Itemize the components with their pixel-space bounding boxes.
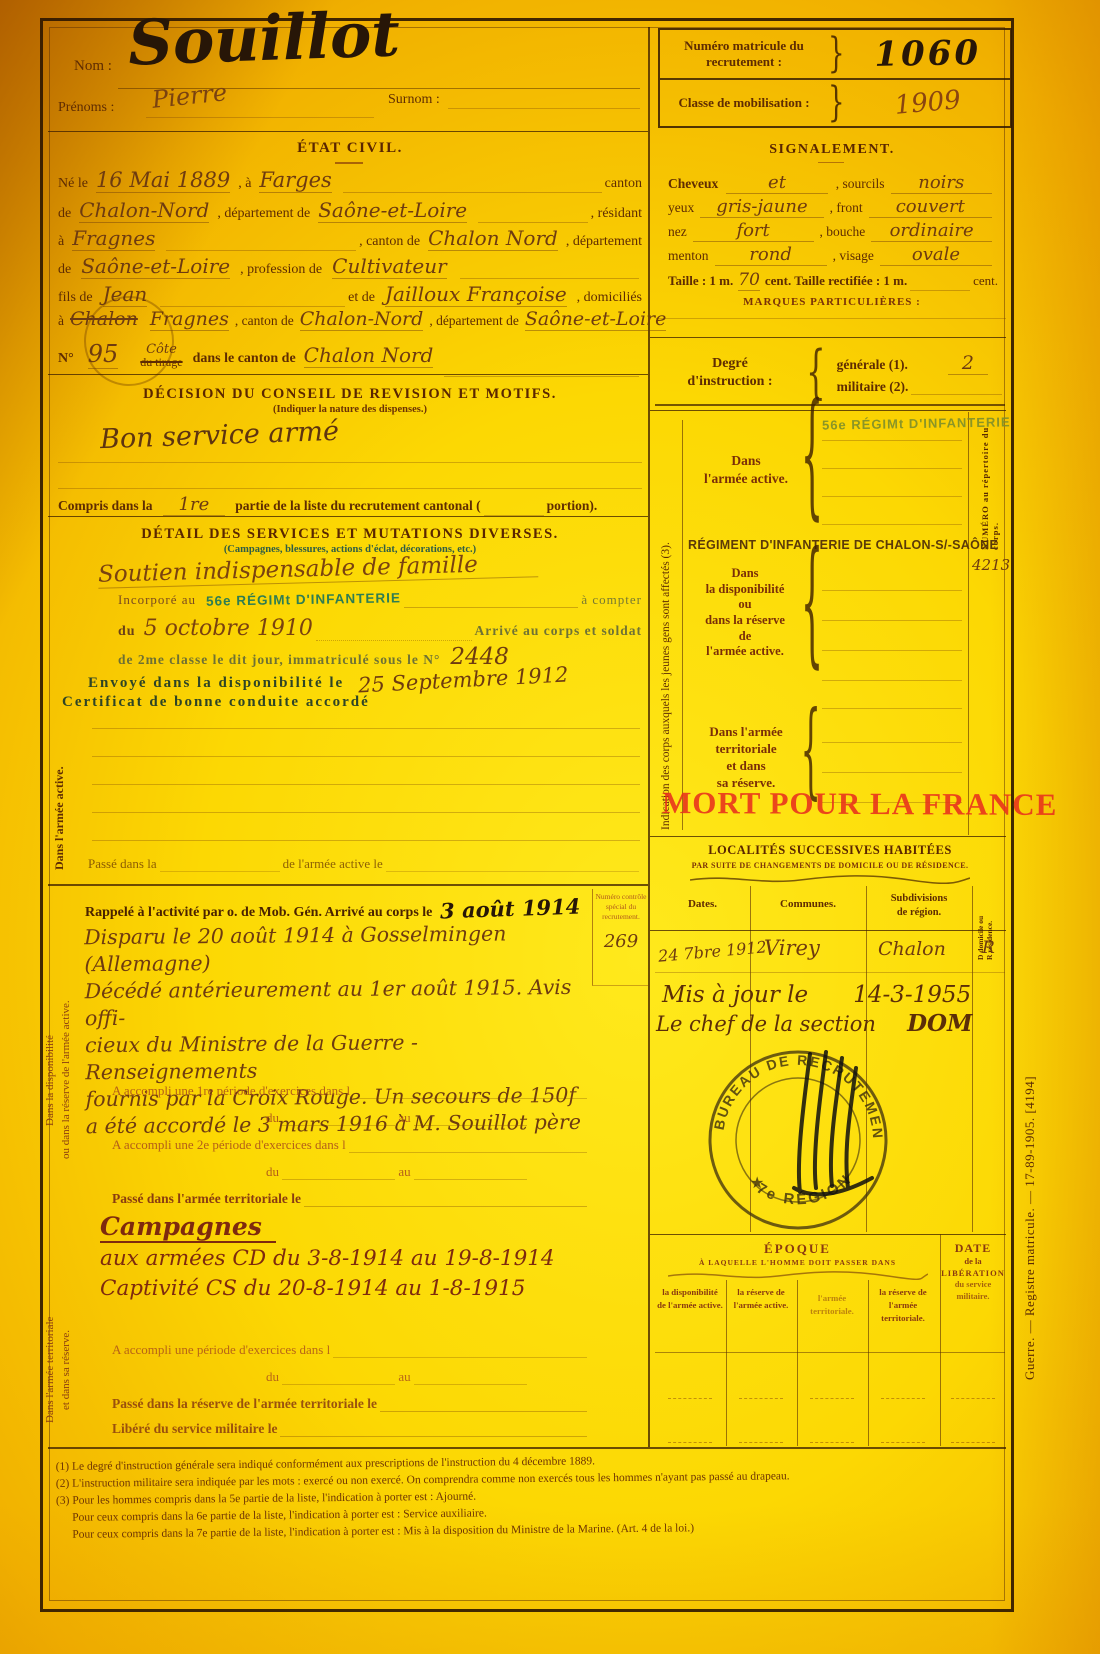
du-label: du [266,1369,279,1385]
localites-subtitle: PAR SUITE DE CHANGEMENTS DE DOMICILE OU … [655,861,1005,870]
rule-line [160,303,345,307]
rule-line [822,590,962,591]
bouche-value: ordinaire [871,220,992,242]
instruction-label-1: Degré [655,355,805,373]
cent-label: cent. [973,273,998,289]
profession-label: , profession de [240,262,322,278]
rule-line [92,784,640,785]
services-envoye-line: Envoyé dans la disponibilité le 25 Septe… [88,668,642,692]
menton-label: menton [668,248,709,264]
signalement-line-4: menton rond , visage ovale [668,244,998,266]
label-line: de [684,629,806,645]
rule-line [404,604,578,608]
rule-line [460,275,639,279]
label-line: et dans [688,758,804,775]
date-label-2: de la [940,1256,1006,1267]
rule-line [282,1381,395,1385]
incorpore-label: Incorporé au [118,592,196,608]
date-label-3: LIBÉRATION [940,1268,1006,1279]
corps-terr-label: Dans l'armée territoriale et dans sa rés… [688,724,804,792]
rule-line [478,219,588,223]
epoque-col1-header: la disponibilité de l'armée active. [657,1286,723,1312]
militaire-label: militaire (2). [837,379,909,395]
rule-line [304,1203,587,1207]
controle-num-value: 269 [593,931,649,952]
instruction-generale-row: générale (1). 2 [837,352,1005,375]
regiment-chalon-stamp: RÉGIMENT D'INFANTERIE DE CHALON-S/-SAÔNE [688,538,1010,552]
canton-label: , canton de [235,313,294,329]
corps-label-divider [682,420,683,830]
empty-cell-dash [739,1442,783,1443]
instruction-options: générale (1). 2 militaire (2). [827,352,1005,395]
taille-label: Taille : 1 m. [668,273,733,289]
resid-label: , résidant [591,206,642,222]
prenoms-label: Prénoms : [58,100,114,116]
services-incorpore-line: Incorporé au 56e RÉGIMt D'INFANTERIE à c… [118,592,642,608]
header-rule [655,1352,1005,1353]
du-au-line-2: du au [170,1164,530,1180]
hw-line: cieux du Ministre de la Guerre - Renseig… [85,1028,590,1086]
maj-signature: DOM [907,1010,972,1037]
matricule-row: Numéro matricule du recrutement : 1060 [660,30,1010,80]
taille-line: Taille : 1 m. 70 cent. Taille rectifiée … [668,270,998,291]
bureau-recrutement-stamp: BUREAU DE RECRUTEMENT 7e RÉGION ★ [698,1040,898,1240]
rule-line [58,488,642,489]
passe-armee-active-line: Passé dans la de l'armée active le [88,856,642,872]
du-au-line-1: du au [170,1110,530,1126]
yeux-label: yeux [668,200,694,216]
rule-line [160,868,280,872]
empty-cell-dash [951,1398,995,1399]
brace-decoration [798,430,826,481]
du-label: du [118,624,136,640]
maj-note-line-1: Mis à jour le 14-3-1955 [662,982,971,1008]
profession-value: Cultivateur [332,254,447,279]
rule-line [173,1382,263,1385]
numero-tirage-value: 95 [88,340,119,369]
arrive-corps-label: Arrivé au corps et soldat [475,623,642,639]
passe-territoriale-line: Passé dans l'armée territoriale le [112,1191,590,1207]
rule-line [280,1433,587,1437]
canton-value: Chalon-Nord [300,308,424,331]
terr-side-label-2: et dans sa réserve. [60,1250,72,1490]
label-line: Dans l'armée [688,724,804,741]
brace-decoration [798,728,823,774]
rule-line [316,637,472,641]
classe-row: Classe de mobilisation : 1909 [660,80,1010,126]
epoque-col-divider [726,1280,727,1446]
label-line: la disponibilité [684,582,806,598]
controle-box: Numéro contrôle spécial du recrutement. … [592,889,649,986]
rule-line [353,1095,587,1099]
epoque-subtitle: À LAQUELLE L'HOMME DOIT PASSER DANS [655,1258,940,1267]
section-rule [650,836,1006,837]
rappel-label: Rappelé à l'activité par o. de Mob. Gén.… [85,905,432,920]
campagne-line-1: aux armées CD du 3-8-1914 au 19-8-1914 [100,1246,555,1271]
libere-label: Libéré du service militaire le [112,1421,277,1437]
dept-label: , département de [429,313,519,329]
sourcils-label: , sourcils [836,176,885,192]
regiment-num-value: 4213 [972,556,1010,574]
squiggle-divider [668,1270,928,1280]
signalement-title: SIGNALEMENT. [658,142,1006,158]
cheveux-label: Cheveux [668,176,718,192]
mort-pour-la-france-stamp: MORT POUR LA FRANCE [662,785,1058,823]
de-label: de [58,206,71,222]
section-rule [48,516,648,517]
services-title: DÉTAIL DES SERVICES ET MUTATIONS DIVERSE… [60,526,640,543]
empty-cell-dash [881,1442,925,1443]
etde-label: et de [348,290,375,306]
epoque-col2-header: la réserve de l'armée active. [728,1286,794,1312]
cheveux-value: et [726,172,828,194]
label-line: l'armée active. [684,644,806,660]
matricule-value: 1060 [844,33,1010,76]
epoque-col4-header: la réserve de l'armée territoriale. [870,1286,936,1326]
section-rule [48,131,648,132]
taille-value: 70 [738,270,760,291]
passe-label: Passé dans la [88,856,157,872]
numero-col-divider [968,412,969,835]
header-rule [650,930,1006,931]
empty-cell-dash [810,1442,854,1443]
compris-label-2: partie de la liste du recrutement canton… [235,498,480,514]
compris-label-3: portion). [547,498,598,514]
rule-line [92,840,640,841]
empty-cell-dash [951,1442,995,1443]
row1-subdiv: Chalon [878,938,946,960]
instruction-label: Degré d'instruction : [655,355,805,391]
brace-decoration [828,30,845,78]
matricule-label: Numéro matricule du recrutement : [660,38,828,69]
date-label-4: du service militaire. [940,1279,1006,1302]
etat-civil-line-2: de Chalon-Nord , département de Saône-et… [58,198,642,223]
brace-decoration [798,578,826,629]
registre-matricule-page: Nom : Souillot Prénoms : Pierre Surnom :… [0,0,1100,1654]
terr-periode-line: A accompli une période d'exercices dans … [112,1342,590,1358]
regiment-stamp-56: 56e RÉGIMt D'INFANTERIE [206,590,401,608]
canton-value: Chalon Nord [304,343,434,368]
marques-label: MARQUES PARTICULIÈRES : [658,296,1006,308]
col-subdiv-header: Subdivisions de région. [866,892,972,919]
margin-imprint: Guerre. — Registre matricule. — 17-89-19… [1022,860,1038,1380]
rule-line [822,772,962,773]
signalement-line-1: Cheveux et , sourcils noirs [668,172,998,194]
row1-dr: R [982,938,995,958]
surnom-underline [448,108,640,109]
epoque-title: ÉPOQUE [655,1241,940,1257]
periode2-label: A accompli une 2e période d'exercices da… [112,1137,346,1153]
rule-line [822,620,962,621]
rule-line [655,972,1005,973]
empty-cell-dash [810,1398,854,1399]
ne-lieu: Farges [259,168,331,193]
label-line: Dans [684,566,806,582]
date-incorporation-value: 5 octobre 1910 [144,616,313,641]
corps-side-label: Indication des corps auxquels les jeunes… [660,420,672,830]
rule-line [282,1176,395,1180]
services-subtitle: (Campagnes, blessures, actions d'éclat, … [60,544,640,555]
classe2-label: de 2me classe le dit jour, immatriculé s… [118,652,440,668]
a-compter-label: à compter [581,592,642,608]
campagne-line-2: Captivité CS du 20-8-1914 au 1-8-1915 [100,1276,525,1301]
maj-note-line-2: Le chef de la section DOM [656,1010,973,1037]
nez-value: fort [693,220,814,242]
periode-label: A accompli une période d'exercices dans … [112,1342,330,1358]
rule-line [333,1354,587,1358]
etat-civil-line-7: N° 95 Côte du tirage dans le canton de C… [58,340,642,377]
rule-line [822,440,962,441]
rule-line [92,812,640,813]
au-label: au [398,1110,410,1126]
rule-line [173,1177,263,1180]
dept-value: Saône-et-Loire [525,308,666,331]
generale-value: 2 [948,352,988,375]
services-side-label: Dans l'armée active. [52,630,67,870]
canton-label: , canton de [359,234,420,250]
signalement-line-2: yeux gris-jaune , front couvert [668,196,998,218]
nez-label: nez [668,224,687,240]
rule-line [822,468,962,469]
du-label: du [266,1110,279,1126]
squiggle-divider [690,874,970,884]
label-line: l'armée active. [690,470,802,488]
corps-active-label: Dans l'armée active. [690,452,802,487]
periode2-line: A accompli une 2e période d'exercices da… [112,1137,590,1153]
rule-line [414,1176,527,1180]
title-tick [335,162,363,164]
empty-cell-dash [881,1398,925,1399]
footnotes-block: (1) Le degré d'instruction générale sera… [56,1449,1007,1544]
surnom-label: Surnom : [388,92,440,108]
row1-commune: Virey [764,936,820,960]
rule-line [343,189,602,193]
rule-line [822,708,962,709]
rule-line [386,868,639,872]
localites-col-divider [972,886,973,1232]
decision-title: DÉCISION DU CONSEIL DE REVISION ET MOTIF… [60,386,640,403]
compris-value: 1re [163,494,226,516]
rule-line [380,1408,587,1412]
nom-label: Nom : [74,58,112,75]
commune-value: Fragnes [72,226,155,251]
rule-line [58,462,642,463]
terr-passe-reserve-line: Passé dans la réserve de l'armée territo… [112,1396,590,1412]
compris-label: Compris dans la [58,498,153,514]
visage-value: ovale [880,244,992,266]
rule-line [822,742,962,743]
etat-civil-line-4: de Saône-et-Loire , profession de Cultiv… [58,254,642,279]
periode1-label: A accompli une 1re période d'exercices d… [112,1083,350,1099]
col-communes-header: Communes. [750,898,866,910]
sourcils-value: noirs [891,172,993,194]
section-rule [650,337,1006,338]
maj-text: Mis à jour le [662,982,808,1008]
instruction-militaire-row: militaire (2). [837,379,1005,395]
maj-text-2: Le chef de la section [656,1012,876,1036]
rule-line [911,391,1002,395]
terr-side-label-1: Dans l'armée territoriale [44,1250,56,1490]
etat-civil-line-1: Né le 16 Mai 1889 , à Farges canton [58,168,642,193]
du-label: du [266,1164,279,1180]
rule-line [349,1149,587,1153]
numero-repertoire-label: NUMÉRO au répertoire du corps. [980,420,1000,550]
de-label: de [58,262,71,278]
a-label: à [58,313,64,329]
date-header: DATE de la LIBÉRATION du service militai… [940,1240,1006,1302]
fils-label: fils de [58,290,93,306]
rule-line [822,650,962,651]
title-tick [818,162,844,163]
taille-rectifiee-label: cent. Taille rectifiée : 1 m. [765,273,907,289]
prenoms-underline [146,117,374,118]
corps-dispo-label: Dans la disponibilité ou dans la réserve… [684,566,806,660]
domicilies-label: , domiciliés [577,290,642,306]
compris-line: Compris dans la 1re partie de la liste d… [58,494,642,516]
hw-line: Disparu le 20 août 1914 à Gosselmingen (… [84,920,589,978]
label-line: territoriale [688,741,804,758]
rule-line [166,247,356,251]
dept-value: Saône-et-Loire [318,198,467,223]
date-label-1: DATE [940,1240,1006,1256]
instruction-label-2: d'instruction : [655,373,805,391]
rule-line [822,524,962,525]
rule-line [822,496,962,497]
yeux-value: gris-jaune [700,196,823,218]
rappel-handwritten-block: Disparu le 20 août 1914 à Gosselmingen (… [84,920,591,1140]
brace-decoration [828,79,845,127]
empty-cell-dash [668,1398,712,1399]
campagnes-title: Campagnes [100,1212,276,1243]
au-label: au [398,1369,410,1385]
empty-cell-dash [739,1398,783,1399]
menton-value: rond [715,244,827,266]
mere-value: Jailloux Françoise [385,282,567,307]
controle-label: Numéro contrôle spécial du recrutement. [593,889,649,921]
dept-label: , département de [217,206,310,222]
dispo-side-label-2: ou dans la réserve de l'armée active. [60,935,72,1225]
a-label: , à [238,176,251,192]
epoque-col-divider [868,1280,869,1446]
signalement-line-3: nez fort , bouche ordinaire [668,220,998,242]
passe-label-2: de l'armée active le [283,856,383,872]
rule-line [822,680,962,681]
hw-line: Décédé antérieurement au 1er août 1915. … [85,974,590,1032]
etat-civil-line-3: à Fragnes , canton de Chalon Nord , dépa… [58,226,642,251]
dept-label: , département [566,234,642,250]
bouche-label: , bouche [820,224,866,240]
certificat-stamp: Certificat de bonne conduite accordé [62,694,370,711]
canton-value: Chalon Nord [428,226,558,251]
passe-reserve-label: Passé dans la réserve de l'armée territo… [112,1396,377,1412]
front-value: couvert [869,196,992,218]
front-label: , front [830,200,863,216]
periode1-line: A accompli une 1re période d'exercices d… [112,1083,590,1099]
tirage-label: du tirage [140,356,182,368]
visage-label: , visage [833,248,874,264]
section-rule [650,410,1006,411]
rule-line [656,318,1006,319]
empty-cell-dash [668,1442,712,1443]
classe-label: Classe de mobilisation : [660,95,828,111]
canton-label: canton [605,176,642,192]
epoque-col3-header: l'armée territoriale. [799,1292,865,1318]
rappel-date-value: 3 août 1914 [440,894,581,924]
cote-over-tirage: Côte du tirage [140,343,182,368]
ne-date: 16 Mai 1889 [96,168,230,193]
services-date-line: du 5 octobre 1910 Arrivé au corps et sol… [118,616,642,641]
col-dates-header: Dates. [655,898,750,910]
label-line: Dans [690,452,802,470]
localites-title: LOCALITÉS SUCCESSIVES HABITÉES [655,843,1005,858]
section-rule [48,884,648,886]
rule-line [92,756,640,757]
canton-value: Chalon-Nord [79,198,209,223]
star-icon: ★ [750,1175,764,1192]
ne-label: Né le [58,176,88,192]
rappel-line: Rappelé à l'activité par o. de Mob. Gén.… [85,896,581,921]
envoye-stamp: Envoyé dans la disponibilité le [88,675,344,692]
matricule-box: Numéro matricule du recrutement : 1060 C… [658,28,1012,128]
etat-civil-title: ÉTAT CIVIL. [60,140,640,157]
maj-date-value: 14-3-1955 [853,982,971,1008]
label-line: Subdivisions [866,892,972,906]
section-rule [48,374,648,375]
libere-line: Libéré du service militaire le [112,1421,590,1437]
canton-label: dans le canton de [193,351,296,367]
rule-line [910,287,970,291]
epoque-col-divider [797,1280,798,1446]
instruction-box: Degré d'instruction : générale (1). 2 mi… [655,342,1005,406]
nom-value: Souillot [127,0,401,80]
rule-line [414,1122,527,1126]
rule-line [173,1123,263,1126]
terr-du-au-line: du au [170,1369,530,1385]
rule-line [92,728,640,729]
label-line: de région. [866,906,972,920]
passe-terr-label: Passé dans l'armée territoriale le [112,1191,301,1207]
dispo-side-label-1: Dans la disponibilité [44,935,56,1225]
au-label: au [398,1164,410,1180]
numero-label: N° [58,351,74,367]
generale-label: générale (1). [837,357,908,373]
dept-value: Saône-et-Loire [81,254,230,279]
label-line: dans la réserve [684,613,806,629]
section-rule [650,1234,1006,1235]
label-line: ou [684,597,806,613]
rule-line [282,1122,395,1126]
rule-line [414,1381,527,1385]
classe-value: 1909 [844,81,1011,125]
decision-subtitle: (Indiquer la nature des dispenses.) [60,404,640,415]
a-label: à [58,234,64,250]
footnote-separator [48,1447,1006,1449]
